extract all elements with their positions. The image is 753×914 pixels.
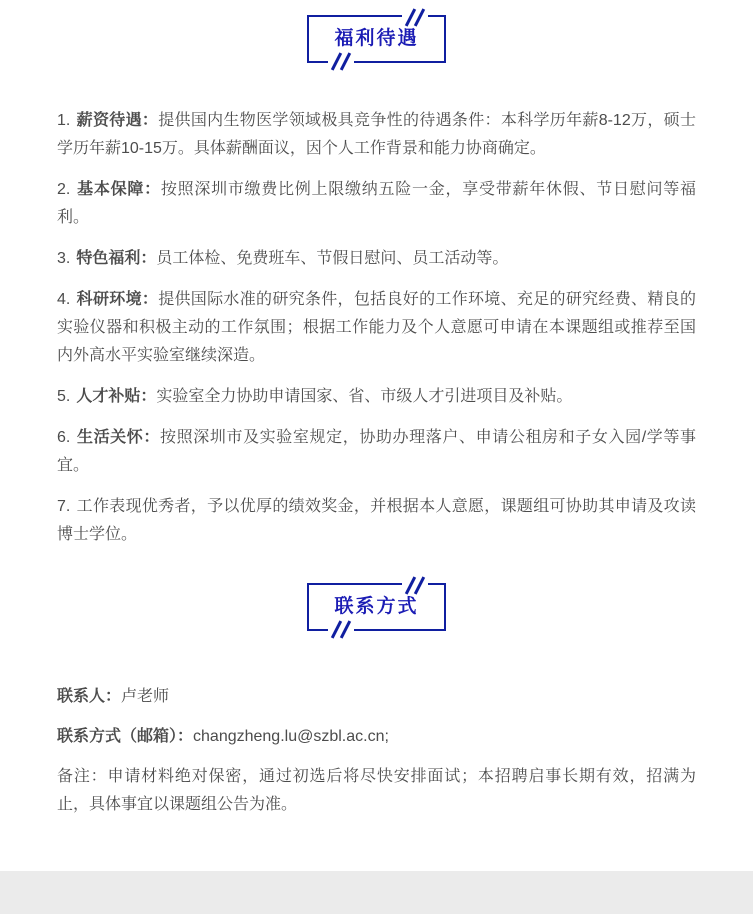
- contact-section: 联系方式 联系人：卢老师 联系方式（邮箱）：changzheng.lu@szbl…: [57, 583, 696, 819]
- item-label: 薪资待遇：: [76, 112, 158, 129]
- contact-person-value: 卢老师: [121, 688, 169, 705]
- contact-note-label: 备注：: [57, 768, 108, 785]
- item-label: 特色福利：: [76, 250, 156, 267]
- item-number: 5.: [57, 388, 70, 405]
- slash-decoration-icon: [328, 619, 354, 639]
- benefits-list: 1.薪资待遇：提供国内生物医学领域极具竞争性的待遇条件：本科学历年薪8-12万，…: [57, 107, 696, 549]
- benefit-item: 7.工作表现优秀者，予以优厚的绩效奖金，并根据本人意愿，课题组可协助其申请及攻读…: [57, 493, 696, 549]
- contact-block: 联系人：卢老师 联系方式（邮箱）：changzheng.lu@szbl.ac.c…: [57, 683, 696, 819]
- benefit-item: 5.人才补贴：实验室全力协助申请国家、省、市级人才引进项目及补贴。: [57, 383, 696, 411]
- item-label: 科研环境：: [76, 291, 158, 308]
- item-number: 2.: [57, 181, 70, 198]
- benefits-title: 福利待遇: [334, 26, 418, 52]
- item-text: 员工体检、免费班车、节假日慰问、员工活动等。: [156, 250, 508, 267]
- contact-person-row: 联系人：卢老师: [57, 683, 696, 711]
- benefit-item: 2.基本保障：按照深圳市缴费比例上限缴纳五险一金，享受带薪年休假、节日慰问等福利…: [57, 176, 696, 232]
- item-text: 工作表现优秀者，予以优厚的绩效奖金，并根据本人意愿，课题组可协助其申请及攻读博士…: [57, 498, 696, 543]
- page: 福利待遇 1.薪资待遇：提供国内生物医学领域极具竞争性的待遇条件：本科学历年薪8…: [0, 0, 753, 914]
- item-label: 基本保障：: [76, 181, 160, 198]
- contact-person-label: 联系人：: [57, 688, 121, 705]
- contact-note-row: 备注：申请材料绝对保密，通过初选后将尽快安排面试；本招聘启事长期有效，招满为止，…: [57, 763, 696, 819]
- contact-note-value: 申请材料绝对保密，通过初选后将尽快安排面试；本招聘启事长期有效，招满为止，具体事…: [57, 768, 696, 813]
- item-number: 4.: [57, 291, 70, 308]
- footer-bar: [0, 871, 753, 914]
- contact-email-label: 联系方式（邮箱）：: [57, 728, 193, 745]
- benefits-title-box: 福利待遇: [307, 15, 445, 63]
- item-number: 6.: [57, 429, 70, 446]
- item-number: 7.: [57, 498, 70, 515]
- contact-email-value: changzheng.lu@szbl.ac.cn;: [193, 728, 389, 745]
- benefit-item: 4.科研环境：提供国际水准的研究条件，包括良好的工作环境、充足的研究经费、精良的…: [57, 286, 696, 370]
- slash-decoration-icon: [402, 7, 428, 27]
- contact-email-row: 联系方式（邮箱）：changzheng.lu@szbl.ac.cn;: [57, 723, 696, 751]
- item-label: 人才补贴：: [76, 388, 156, 405]
- item-text: 实验室全力协助申请国家、省、市级人才引进项目及补贴。: [156, 388, 572, 405]
- benefit-item: 6.生活关怀：按照深圳市及实验室规定，协助办理落户、申请公租房和子女入园/学等事…: [57, 424, 696, 480]
- item-label: 生活关怀：: [76, 429, 160, 446]
- benefit-item: 3.特色福利：员工体检、免费班车、节假日慰问、员工活动等。: [57, 245, 696, 273]
- contact-title-box: 联系方式: [307, 583, 445, 631]
- slash-decoration-icon: [402, 575, 428, 595]
- contact-title: 联系方式: [334, 594, 418, 620]
- slash-decoration-icon: [328, 51, 354, 71]
- item-number: 3.: [57, 250, 70, 267]
- item-number: 1.: [57, 112, 70, 129]
- benefits-section: 福利待遇 1.薪资待遇：提供国内生物医学领域极具竞争性的待遇条件：本科学历年薪8…: [57, 15, 696, 549]
- benefit-item: 1.薪资待遇：提供国内生物医学领域极具竞争性的待遇条件：本科学历年薪8-12万，…: [57, 107, 696, 163]
